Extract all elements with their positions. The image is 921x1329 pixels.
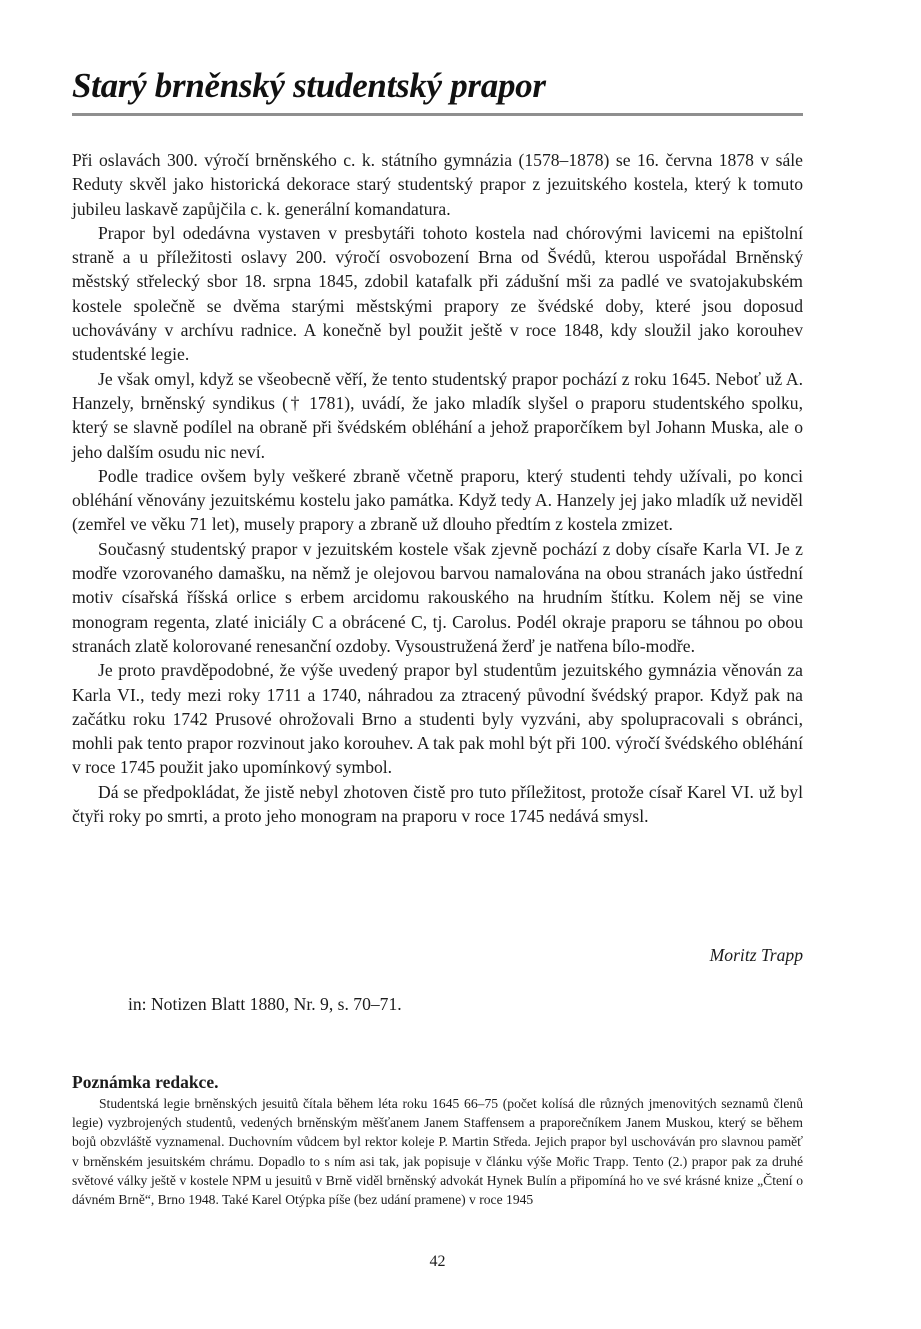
paragraph-6: Je proto pravděpodobné, že výše uvedený … — [72, 658, 803, 779]
editorial-note-body: Studentská legie brněnských jesuitů číta… — [72, 1094, 803, 1209]
paragraph-3: Je však omyl, když se všeobecně věří, že… — [72, 367, 803, 464]
article-body: Při oslavách 300. výročí brněnského c. k… — [72, 148, 803, 828]
paragraph-2: Prapor byl odedávna vystaven v presbytář… — [72, 221, 803, 367]
editorial-note-heading: Poznámka redakce. — [72, 1072, 218, 1093]
author-signature: Moritz Trapp — [710, 945, 803, 966]
paragraph-1: Při oslavách 300. výročí brněnského c. k… — [72, 148, 803, 221]
paragraph-4: Podle tradice ovšem byly veškeré zbraně … — [72, 464, 803, 537]
source-citation: in: Notizen Blatt 1880, Nr. 9, s. 70–71. — [128, 994, 402, 1015]
title-underline-rule — [72, 113, 803, 116]
editorial-note-text: Studentská legie brněnských jesuitů číta… — [72, 1094, 803, 1209]
paragraph-7: Dá se předpokládat, že jistě nebyl zhoto… — [72, 780, 803, 829]
paragraph-5: Současný studentský prapor v jezuitském … — [72, 537, 803, 658]
article-title: Starý brněnský studentský prapor — [72, 66, 546, 106]
page-number: 42 — [72, 1253, 803, 1271]
